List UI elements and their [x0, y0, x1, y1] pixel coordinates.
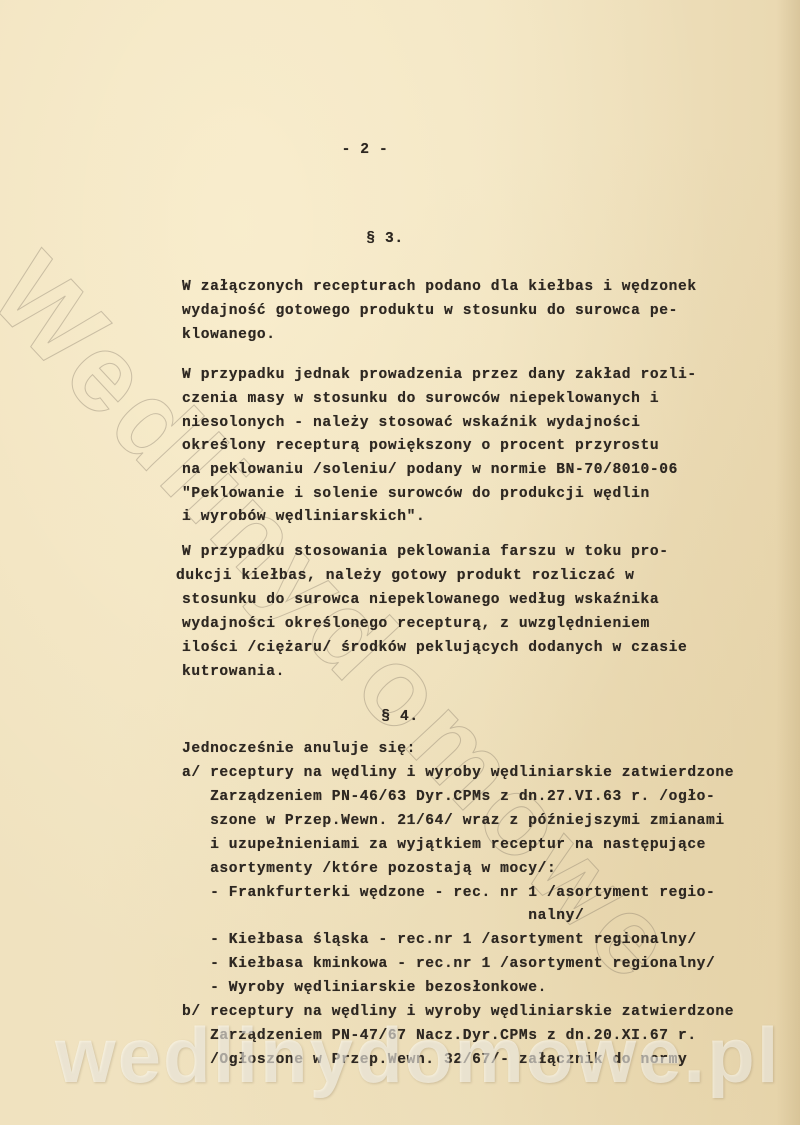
s4-a-line-7: nalny/ — [182, 908, 584, 924]
s3-p2-line-6: "Peklowanie i solenie surowców do produk… — [182, 486, 650, 502]
s3-p2-line-5: na peklowaniu /soleniu/ podany w normie … — [182, 462, 678, 478]
s3-p1-line-1: W załączonych recepturach podano dla kie… — [182, 279, 697, 295]
s4-intro: Jednocześnie anuluje się: — [182, 741, 416, 757]
s3-p1-line-3: klowanego. — [182, 327, 276, 343]
bottom-watermark: wedlinydomowe.pl — [55, 1010, 780, 1101]
s3-p2-line-4: określony recepturą powiększony o procen… — [182, 438, 659, 454]
s3-p3-line-2: dukcji kiełbas, należy gotowy produkt ro… — [176, 568, 635, 584]
s3-p2-line-1: W przypadku jednak prowadzenia przez dan… — [182, 367, 697, 383]
s4-a-line-3: szone w Przep.Wewn. 21/64/ wraz z późnie… — [182, 813, 725, 829]
s3-p3-line-6: kutrowania. — [182, 664, 285, 680]
section-4-heading: § 4. — [0, 709, 800, 725]
section-3-heading: § 3. — [0, 231, 770, 247]
s3-p2-line-2: czenia masy w stosunku do surowców niepe… — [182, 391, 659, 407]
s3-p3-line-1: W przypadku stosowania peklowania farszu… — [182, 544, 669, 560]
s4-a-line-5: asortymenty /które pozostają w mocy/: — [182, 861, 556, 877]
document-page: Wedlinydomowe - 2 - § 3. W załączonych r… — [0, 0, 800, 1125]
s4-a-line-6: - Frankfurterki wędzone - rec. nr 1 /aso… — [182, 885, 715, 901]
s4-a-line-2: Zarządzeniem PN-46/63 Dyr.CPMs z dn.27.V… — [182, 789, 715, 805]
s3-p1-line-2: wydajność gotowego produktu w stosunku d… — [182, 303, 678, 319]
s3-p3-line-3: stosunku do surowca niepeklowanego wedłu… — [182, 592, 659, 608]
page-number: - 2 - — [0, 142, 730, 158]
s3-p2-line-7: i wyrobów wędliniarskich". — [182, 509, 425, 525]
s4-a-line-9: - Kiełbasa kminkowa - rec.nr 1 /asortyme… — [182, 956, 715, 972]
s3-p3-line-5: ilości /ciężaru/ środków peklujących dod… — [182, 640, 687, 656]
s3-p2-line-3: niesolonych - należy stosować wskaźnik w… — [182, 415, 641, 431]
s4-a-line-4: i uzupełnieniami za wyjątkiem receptur n… — [182, 837, 706, 853]
s3-p3-line-4: wydajności określonego recepturą, z uwzg… — [182, 616, 650, 632]
s4-a-line-8: - Kiełbasa śląska - rec.nr 1 /asortyment… — [182, 932, 697, 948]
s4-a-line-10: - Wyroby wędliniarskie bezosłonkowe. — [182, 980, 547, 996]
s4-a-line-1: a/ receptury na wędliny i wyroby wędlini… — [182, 765, 734, 781]
